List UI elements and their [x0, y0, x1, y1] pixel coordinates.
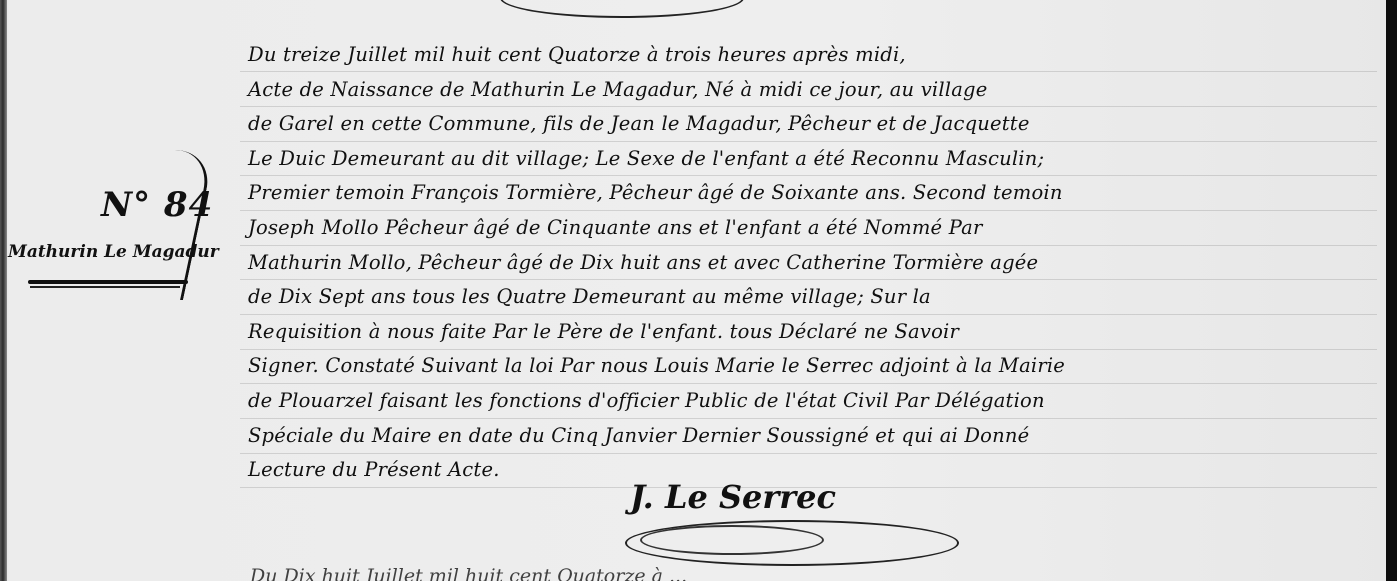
record-line-9: Requisition à nous faite Par le Père de …	[248, 315, 1368, 350]
record-line-2: Acte de Naissance de Mathurin Le Magadur…	[248, 73, 1368, 108]
officer-signature: J. Le Serrec	[630, 478, 836, 516]
margin-child-name: Mathurin Le Magadur	[8, 242, 219, 262]
record-line-1: Du treize Juillet mil huit cent Quatorze…	[248, 38, 1368, 73]
document-page: N° 84 Mathurin Le Magadur Du treize Juil…	[0, 0, 1397, 581]
previous-signature-flourish	[500, 0, 744, 18]
margin-underline	[28, 280, 188, 284]
record-line-8: de Dix Sept ans tous les Quatre Demeuran…	[248, 280, 1368, 315]
next-entry-partial: Du Dix huit Juillet mil huit cent Quator…	[250, 565, 1350, 581]
record-line-10: Signer. Constaté Suivant la loi Par nous…	[248, 349, 1368, 384]
record-line-7: Mathurin Mollo, Pêcheur âgé de Dix huit …	[248, 246, 1368, 281]
signature-flourish	[640, 525, 824, 555]
record-line-5: Premier temoin François Tormière, Pêcheu…	[248, 176, 1368, 211]
record-line-4: Le Duic Demeurant au dit village; Le Sex…	[248, 142, 1368, 177]
record-line-6: Joseph Mollo Pêcheur âgé de Cinquante an…	[248, 211, 1368, 246]
record-line-11: de Plouarzel faisant les fonctions d'off…	[248, 384, 1368, 419]
entry-number: N° 84	[101, 185, 213, 225]
record-line-12: Spéciale du Maire en date du Cinq Janvie…	[248, 419, 1368, 454]
record-body: Du treize Juillet mil huit cent Quatorze…	[248, 38, 1368, 488]
margin-annotation: N° 84 Mathurin Le Magadur	[6, 170, 266, 310]
record-line-3: de Garel en cette Commune, fils de Jean …	[248, 107, 1368, 142]
margin-underline	[30, 286, 180, 288]
margin-flourish	[140, 150, 215, 300]
right-page-edge	[1386, 0, 1397, 581]
